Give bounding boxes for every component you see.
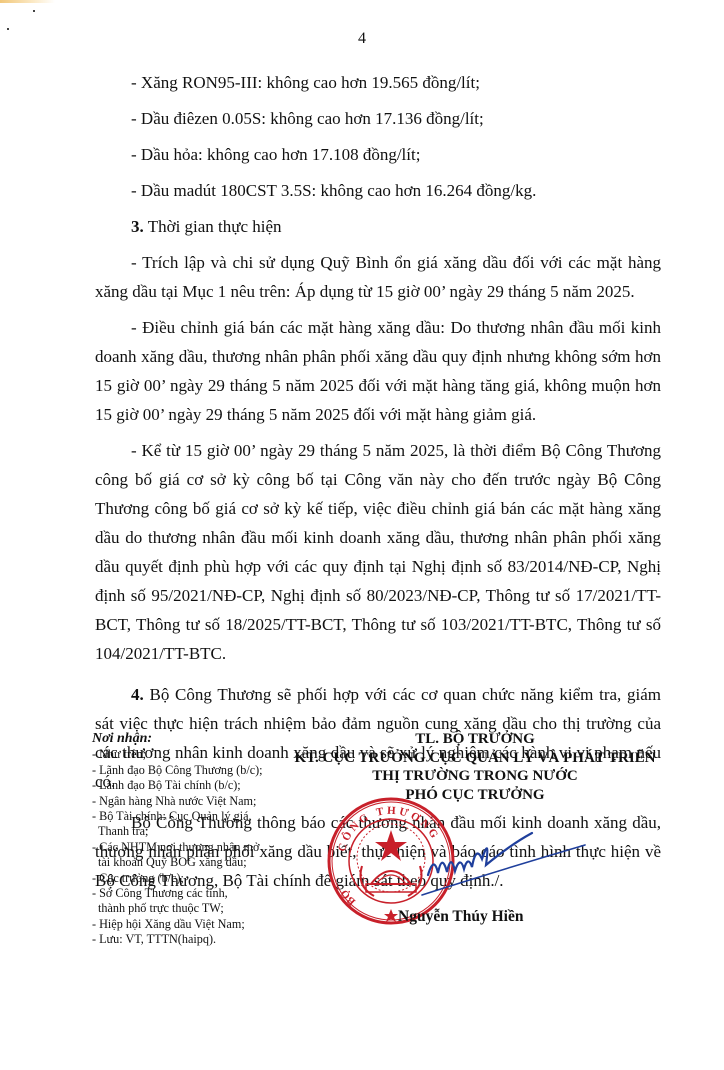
recipient-item: - Như trên; bbox=[92, 747, 282, 762]
signer-name: Nguyễn Thúy Hiền bbox=[398, 908, 523, 926]
recipient-text: - Ngân hàng Nhà nước Việt Nam; bbox=[92, 794, 256, 808]
section-heading-text: Thời gian thực hiện bbox=[144, 217, 282, 236]
recipient-item: - Sở Công Thương các tỉnh,thành phố trực… bbox=[92, 886, 282, 917]
recipient-text: - Lãnh đạo Bộ Công Thương (b/c); bbox=[92, 763, 263, 777]
recipient-text: tài khoản Quỹ BOG xăng dầu; bbox=[92, 855, 282, 870]
signature-line: THỊ TRƯỜNG TRONG NƯỚC bbox=[275, 767, 675, 786]
recipient-text: - Hiệp hội Xăng dầu Việt Nam; bbox=[92, 917, 245, 931]
recipient-item: - Bộ Tài chính: Cục Quản lý giá,Thanh tr… bbox=[92, 809, 282, 840]
signature-line: KT. CỤC TRƯỞNG CỤC QUẢN LÝ VÀ PHÁT TRIỂN bbox=[275, 749, 675, 768]
recipient-item: - Lãnh đạo Bộ Tài chính (b/c); bbox=[92, 778, 282, 793]
recipients-block: Nơi nhận: - Như trên;- Lãnh đạo Bộ Công … bbox=[92, 731, 282, 948]
recipient-list: - Như trên;- Lãnh đạo Bộ Công Thương (b/… bbox=[92, 747, 282, 947]
paragraph: - Điều chỉnh giá bán các mặt hàng xăng d… bbox=[95, 313, 661, 429]
price-item: - Dầu điêzen 0.05S: không cao hơn 17.136… bbox=[95, 104, 661, 133]
price-item: - Dầu hỏa: không cao hơn 17.108 đồng/lít… bbox=[95, 140, 661, 169]
price-item: - Dầu madút 180CST 3.5S: không cao hơn 1… bbox=[95, 176, 661, 205]
recipient-text: - Bộ Tài chính: Cục Quản lý giá, bbox=[92, 809, 252, 823]
recipient-text: - Lãnh đạo Bộ Tài chính (b/c); bbox=[92, 778, 241, 792]
signature-line: TL. BỘ TRƯỞNG bbox=[275, 730, 675, 749]
recipients-title: Nơi nhận: bbox=[92, 731, 282, 746]
scan-speck bbox=[33, 10, 35, 12]
recipient-item: - Các NHTM nơi thương nhân mởtài khoản Q… bbox=[92, 840, 282, 871]
section-number: 3. bbox=[131, 217, 144, 236]
recipient-item: - Ngân hàng Nhà nước Việt Nam; bbox=[92, 794, 282, 809]
recipient-text: - Các NHTM nơi thương nhân mở bbox=[92, 840, 259, 854]
recipient-text: - Như trên; bbox=[92, 747, 146, 761]
section-heading: 3. Thời gian thực hiện bbox=[95, 212, 661, 241]
paragraph: - Kể từ 15 giờ 00’ ngày 29 tháng 5 năm 2… bbox=[95, 436, 661, 668]
recipient-item: - Cục trưởng (b/c); bbox=[92, 871, 282, 886]
price-item: - Xăng RON95-III: không cao hơn 19.565 đ… bbox=[95, 68, 661, 97]
recipient-item: - Lãnh đạo Bộ Công Thương (b/c); bbox=[92, 763, 282, 778]
recipient-text: - Sở Công Thương các tỉnh, bbox=[92, 886, 228, 900]
signature-block: TL. BỘ TRƯỞNG KT. CỤC TRƯỞNG CỤC QUẢN LÝ… bbox=[275, 730, 675, 804]
paragraph: - Trích lập và chi sử dụng Quỹ Bình ổn g… bbox=[95, 248, 661, 306]
recipient-text: Thanh tra; bbox=[92, 824, 282, 839]
recipient-item: - Hiệp hội Xăng dầu Việt Nam; bbox=[92, 917, 282, 932]
section-number: 4. bbox=[131, 685, 144, 704]
handwritten-signature-icon bbox=[420, 815, 600, 905]
scan-artifact bbox=[0, 0, 55, 3]
recipient-text: - Lưu: VT, TTTN(haipq). bbox=[92, 932, 216, 946]
recipient-text: - Cục trưởng (b/c); bbox=[92, 871, 184, 885]
recipient-item: - Lưu: VT, TTTN(haipq). bbox=[92, 932, 282, 947]
recipient-text: thành phố trực thuộc TW; bbox=[92, 901, 282, 916]
page-number: 4 bbox=[0, 30, 724, 48]
